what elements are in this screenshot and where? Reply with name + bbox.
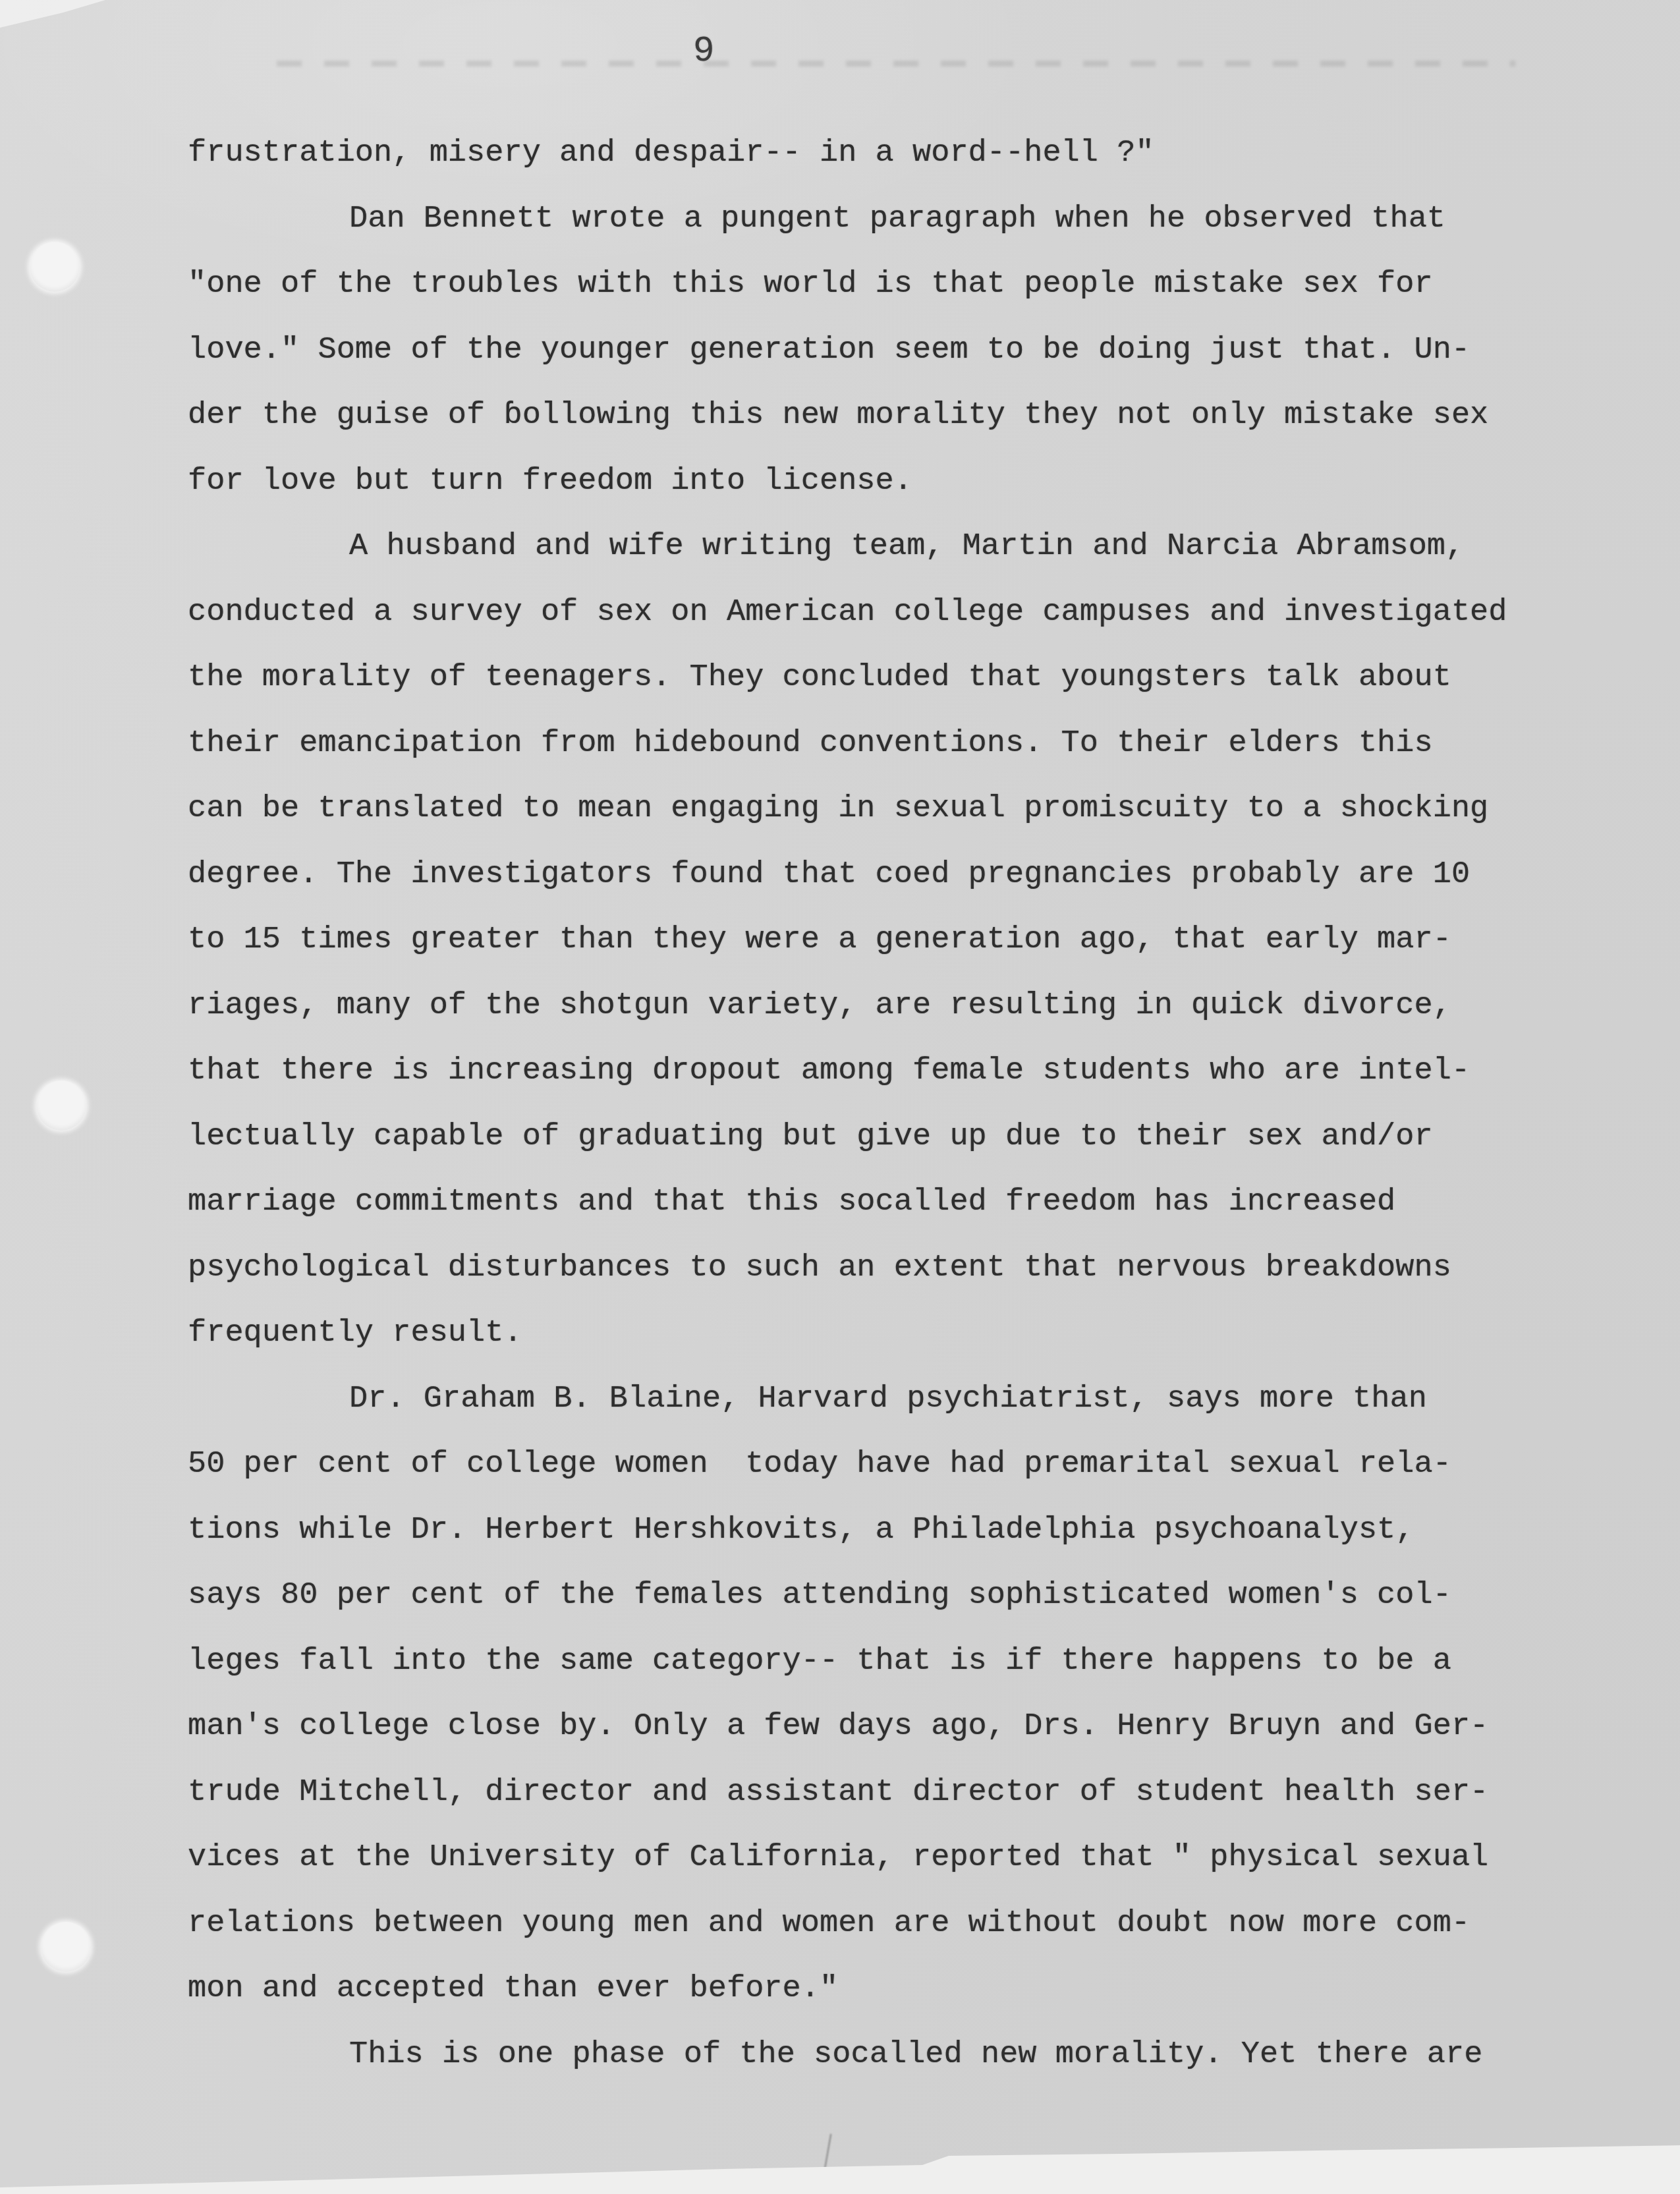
hole-punch-bottom — [41, 1922, 91, 1972]
typed-line: "one of the troubles with this world is … — [188, 252, 1571, 318]
typed-line: love." Some of the younger generation se… — [188, 318, 1571, 383]
typed-line: can be translated to mean engaging in se… — [188, 776, 1571, 842]
typed-line: relations between young men and women ar… — [188, 1891, 1571, 1957]
typed-line: the morality of teenagers. They conclude… — [188, 645, 1571, 711]
typed-line: A husband and wife writing team, Martin … — [188, 514, 1571, 580]
typed-line: conducted a survey of sex on American co… — [188, 580, 1571, 646]
typed-line: frustration, misery and despair-- in a w… — [188, 121, 1571, 186]
ghost-print-smudge — [277, 61, 1515, 67]
typed-line: 50 per cent of college women today have … — [188, 1432, 1571, 1498]
page-number: 9 — [693, 32, 714, 72]
typed-line: man's college close by. Only a few days … — [188, 1694, 1571, 1760]
typed-line: leges fall into the same category-- that… — [188, 1629, 1571, 1695]
typed-line: lectually capable of graduating but give… — [188, 1104, 1571, 1170]
typed-line: degree. The investigators found that coe… — [188, 842, 1571, 908]
typed-line: vices at the University of California, r… — [188, 1825, 1571, 1891]
typed-line: for love but turn freedom into license. — [188, 449, 1571, 515]
typed-line: says 80 per cent of the females attendin… — [188, 1563, 1571, 1629]
typed-line: Dr. Graham B. Blaine, Harvard psychiatri… — [188, 1366, 1571, 1432]
typed-line: This is one phase of the socalled new mo… — [188, 2022, 1571, 2088]
torn-top-left-corner — [0, 0, 105, 28]
hole-punch-top — [30, 242, 80, 292]
typed-text-body: frustration, misery and despair-- in a w… — [188, 121, 1571, 2087]
typed-line: riages, many of the shotgun variety, are… — [188, 973, 1571, 1039]
typed-line: Dan Bennett wrote a pungent paragraph wh… — [188, 186, 1571, 252]
paper-fiber-mark — [824, 2133, 832, 2170]
typed-line: that there is increasing dropout among f… — [188, 1038, 1571, 1104]
hole-punch-middle — [36, 1081, 86, 1131]
typed-line: marriage commitments and that this socal… — [188, 1169, 1571, 1235]
typed-line: psychological disturbances to such an ex… — [188, 1235, 1571, 1301]
typed-line: to 15 times greater than they were a gen… — [188, 907, 1571, 973]
typed-line: tions while Dr. Herbert Hershkovits, a P… — [188, 1498, 1571, 1563]
torn-bottom-edge — [0, 2108, 1680, 2194]
typed-line: der the guise of ɓollowing this new mora… — [188, 383, 1571, 449]
typed-line: mon and accepted than ever before." — [188, 1956, 1571, 2022]
typed-line: trude Mitchell, director and assistant d… — [188, 1760, 1571, 1826]
typed-line: frequently result. — [188, 1301, 1571, 1366]
document-page: 9 frustration, misery and despair-- in a… — [0, 0, 1680, 2194]
typed-line: their emancipation from hidebound conven… — [188, 711, 1571, 777]
